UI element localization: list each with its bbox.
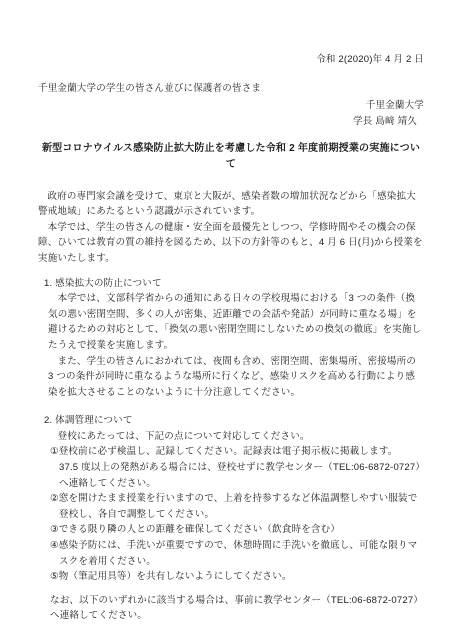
intro-block: 政府の専門家会議を受けて、東京と大阪が、感染者数の増加状況などから「感染拡大警戒… <box>38 189 424 267</box>
section-1-paragraph-2: また、学生の皆さんにおかれては、夜間も含め、密閉空間、密集場所、密接場所の 3 … <box>48 354 424 401</box>
section-1-heading: 1. 感染拡大の防止について <box>44 276 424 292</box>
section-2-body: 登校にあたっては、下記の点について対応してください。 ①登校前に必ず検温し、記録… <box>50 429 424 585</box>
section-infection-prevention: 1. 感染拡大の防止について 本学では、文部科学省からの通知にある日々の学校現場… <box>38 276 424 401</box>
addressee-line: 千里金蘭大学の学生の皆さん並びに保護者の皆さま <box>38 81 424 97</box>
section-1-body: 本学では、文部科学省からの通知にある日々の学校現場における「3 つの条件（換気の… <box>48 291 424 400</box>
list-item-1: ①登校前に必ず検温し、記録してください。記録表は電子掲示板に掲載します。 <box>50 444 424 460</box>
list-item-2: ②窓を開けたまま授業を行いますので、上着を持参するなど体温調整しやすい服装で登校… <box>50 491 424 522</box>
document-page: 令和 2(2020)年 4 月 2 日 千里金蘭大学の学生の皆さん並びに保護者の… <box>0 0 452 636</box>
intro-paragraph-2: 本学では、学生の皆さんの健康・安全面を最優先としつつ、学修時間やその機会の保障、… <box>38 220 424 267</box>
list-item-5: ⑤物（筆記用具等）を共有しないようにしてください。 <box>50 569 424 585</box>
date-line: 令和 2(2020)年 4 月 2 日 <box>38 52 424 68</box>
section-2-intro: 登校にあたっては、下記の点について対応してください。 <box>50 429 424 445</box>
section-health-management: 2. 体調管理について 登校にあたっては、下記の点について対応してください。 ①… <box>38 413 424 585</box>
document-title: 新型コロナウイルス感染防止拡大防止を考慮した令和 2 年度前期授業の実施について <box>38 141 424 172</box>
intro-paragraph-1: 政府の専門家会議を受けて、東京と大阪が、感染者数の増加状況などから「感染拡大警戒… <box>38 189 424 220</box>
section-2-heading: 2. 体調管理について <box>44 413 424 429</box>
sender-org-line: 千里金蘭大学 <box>38 98 424 114</box>
list-item-1-note: 37.5 度以上の発熱がある場合には、登校せずに教学センター（TEL:06-68… <box>50 460 424 491</box>
list-item-4: ④感染予防には、手洗いが重要ですので、休憩時間に手洗いを徹底し、可能な限りマスク… <box>50 538 424 569</box>
list-item-3: ③できる限り隣の人との距離を確保してください（飲食時を含む） <box>50 522 424 538</box>
closing-paragraph: なお、以下のいずれかに該当する場合は、事前に教学センター（TEL:06-6872… <box>50 593 424 624</box>
section-1-paragraph-1: 本学では、文部科学省からの通知にある日々の学校現場における「3 つの条件（換気の… <box>48 291 424 353</box>
sender-name-line: 学長 島﨑 靖久 <box>38 114 424 130</box>
